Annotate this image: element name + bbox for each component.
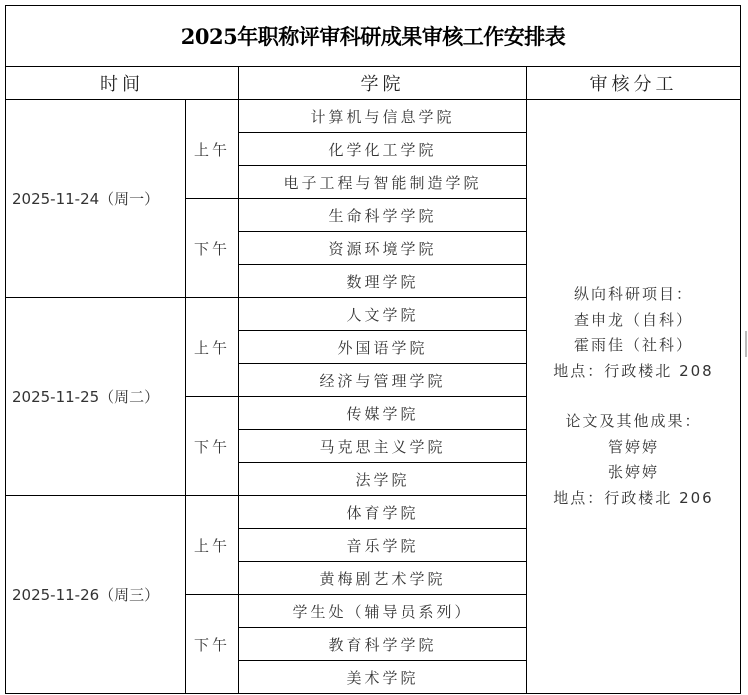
duty-assignment-cell: 纵向科研项目： 查申龙（自科） 霍雨佳（社科） 地点：行政楼北 208 论文及其… (527, 100, 741, 694)
papers-reviewer: 张婷婷 (527, 460, 740, 486)
college-cell: 资源环境学院 (239, 232, 527, 265)
college-cell: 计算机与信息学院 (239, 100, 527, 133)
papers-reviewer: 管婷婷 (527, 435, 740, 461)
header-duty: 审核分工 (527, 67, 741, 100)
papers-location: 地点：行政楼北 206 (527, 486, 740, 512)
vertical-reviewer: 查申龙（自科） (527, 308, 740, 334)
college-cell: 生命科学学院 (239, 199, 527, 232)
college-cell: 人文学院 (239, 298, 527, 331)
table-row: 2025-11-24（周一） 上午 计算机与信息学院 纵向科研项目： 查申龙（自… (6, 100, 741, 133)
date-cell: 2025-11-25（周二） (6, 298, 186, 496)
vertical-reviewer: 霍雨佳（社科） (527, 333, 740, 359)
papers-heading: 论文及其他成果： (527, 409, 740, 435)
college-cell: 学生处（辅导员系列） (239, 595, 527, 628)
college-cell: 音乐学院 (239, 529, 527, 562)
college-cell: 经济与管理学院 (239, 364, 527, 397)
college-cell: 电子工程与智能制造学院 (239, 166, 527, 199)
college-cell: 法学院 (239, 463, 527, 496)
college-cell: 黄梅剧艺术学院 (239, 562, 527, 595)
college-cell: 体育学院 (239, 496, 527, 529)
period-cell: 下午 (186, 397, 239, 496)
college-cell: 教育科学学院 (239, 628, 527, 661)
college-cell: 外国语学院 (239, 331, 527, 364)
header-row: 时间 学院 审核分工 (6, 67, 741, 100)
period-cell: 下午 (186, 199, 239, 298)
title-row: 2025年职称评审科研成果审核工作安排表 (6, 6, 741, 67)
schedule-table: 2025年职称评审科研成果审核工作安排表 时间 学院 审核分工 2025-11-… (5, 5, 741, 694)
document-title: 2025年职称评审科研成果审核工作安排表 (6, 6, 741, 67)
header-college: 学院 (239, 67, 527, 100)
vertical-projects-heading: 纵向科研项目： (527, 282, 740, 308)
period-cell: 下午 (186, 595, 239, 694)
college-cell: 美术学院 (239, 661, 527, 694)
period-cell: 上午 (186, 100, 239, 199)
edge-marker (745, 331, 747, 357)
college-cell: 化学化工学院 (239, 133, 527, 166)
date-cell: 2025-11-26（周三） (6, 496, 186, 694)
period-cell: 上午 (186, 298, 239, 397)
date-cell: 2025-11-24（周一） (6, 100, 186, 298)
college-cell: 传媒学院 (239, 397, 527, 430)
header-time: 时间 (6, 67, 239, 100)
period-cell: 上午 (186, 496, 239, 595)
vertical-location: 地点：行政楼北 208 (527, 359, 740, 385)
schedule-sheet: 2025年职称评审科研成果审核工作安排表 时间 学院 审核分工 2025-11-… (5, 5, 740, 691)
college-cell: 数理学院 (239, 265, 527, 298)
college-cell: 马克思主义学院 (239, 430, 527, 463)
spacer (527, 384, 740, 409)
